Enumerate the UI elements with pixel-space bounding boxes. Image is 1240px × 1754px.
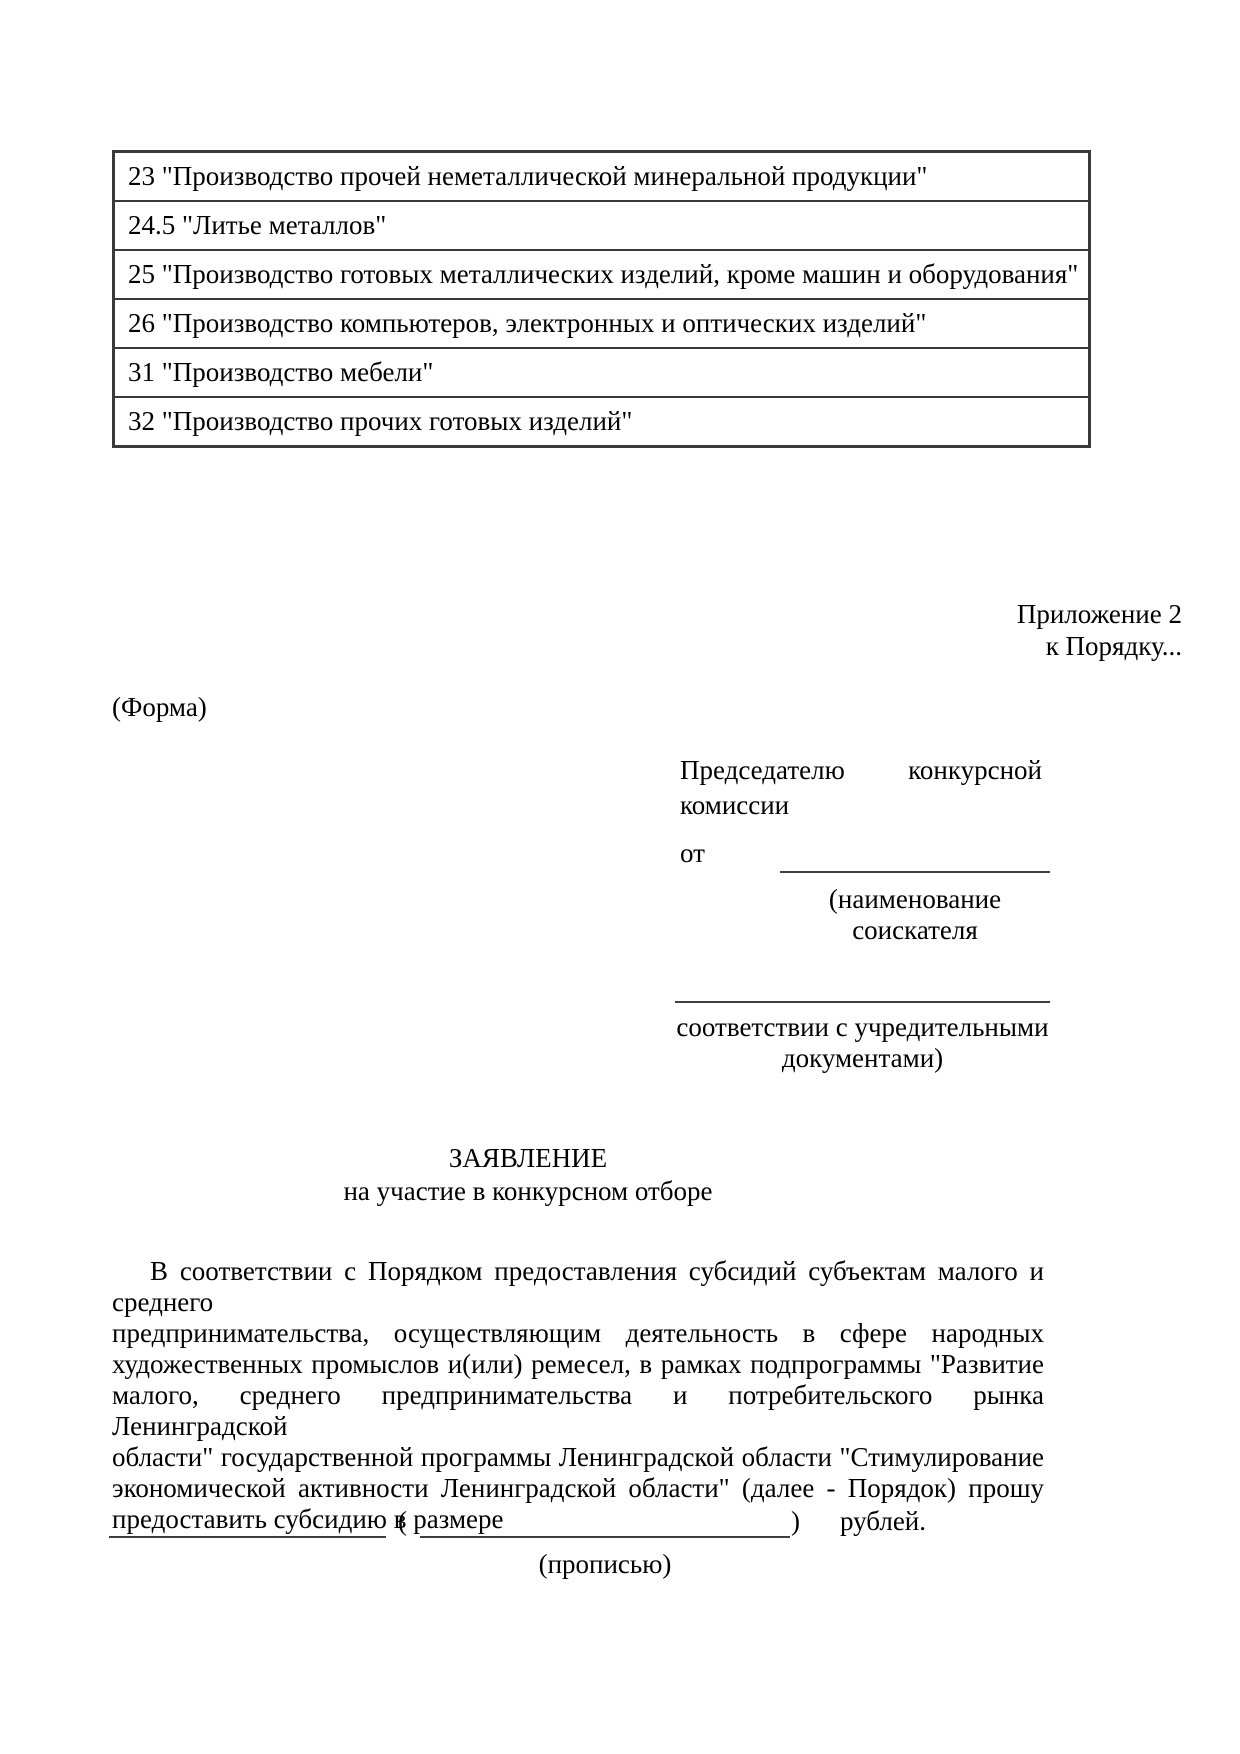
addressee-line1: Председателю конкурсной [680, 755, 1042, 786]
paragraph-line: малого, среднего предпринимательства и п… [112, 1380, 1044, 1442]
paragraph-line: области" государственной программы Ленин… [112, 1442, 1044, 1473]
open-paren: ( [398, 1506, 407, 1537]
amount-words-field[interactable] [420, 1536, 790, 1538]
table-cell-okved-25: 25 "Производство готовых металлических и… [114, 250, 1090, 299]
document-heading: ЗАЯВЛЕНИЕ на участие в конкурсном отборе [112, 1142, 944, 1208]
table-row: 31 "Производство мебели" [114, 348, 1090, 397]
okved-codes-table: 23 "Производство прочей неметаллической … [112, 150, 1091, 448]
applicant-name-caption: (наименование соискателя [780, 884, 1050, 946]
paragraph-line: экономической активности Ленинградской о… [112, 1473, 1044, 1504]
caption-docs-line2: документами) [675, 1043, 1050, 1074]
founding-docs-caption: соответствии с учредительными документам… [675, 1012, 1050, 1074]
table-cell-okved-24-5: 24.5 "Литье металлов" [114, 201, 1090, 250]
propis-caption: (прописью) [420, 1549, 790, 1580]
page-subtitle: на участие в конкурсном отборе [112, 1175, 944, 1208]
caption-name-line1: (наименование [780, 884, 1050, 915]
from-label: от [680, 838, 705, 869]
body-paragraph: В соответствии с Порядком предоставления… [112, 1256, 1044, 1535]
appendix-number: Приложение 2 [1017, 598, 1182, 630]
form-label: (Форма) [112, 692, 207, 723]
table-row: 24.5 "Литье металлов" [114, 201, 1090, 250]
table-cell-okved-32: 32 "Производство прочих готовых изделий" [114, 397, 1090, 447]
close-paren: ) [791, 1506, 800, 1537]
caption-docs-line1: соответствии с учредительными [675, 1012, 1050, 1043]
addressee-word-chairman: Председателю [680, 755, 845, 786]
table-cell-okved-31: 31 "Производство мебели" [114, 348, 1090, 397]
table-row: 25 "Производство готовых металлических и… [114, 250, 1090, 299]
table-cell-okved-26: 26 "Производство компьютеров, электронны… [114, 299, 1090, 348]
page-title: ЗАЯВЛЕНИЕ [112, 1142, 944, 1175]
applicant-name-field[interactable] [780, 871, 1050, 873]
rubles-label: рублей. [840, 1506, 926, 1537]
table-row: 23 "Производство прочей неметаллической … [114, 152, 1090, 202]
amount-digits-field[interactable] [109, 1536, 386, 1538]
table-row: 26 "Производство компьютеров, электронны… [114, 299, 1090, 348]
document-page: { "table": { "rows": [ { "text": "23 \"П… [0, 0, 1240, 1754]
paragraph-line: В соответствии с Порядком предоставления… [112, 1256, 1044, 1318]
caption-name-line2: соискателя [780, 915, 1050, 946]
addressee-word-competition: конкурсной [908, 755, 1042, 786]
addressee-line2: комиссии [680, 790, 789, 821]
paragraph-line: предпринимательства, осуществляющим деят… [112, 1318, 1044, 1349]
table-cell-okved-23: 23 "Производство прочей неметаллической … [114, 152, 1090, 202]
applicant-name-field-2[interactable] [675, 1001, 1050, 1003]
paragraph-line: художественных промыслов и(или) ремесел,… [112, 1349, 1044, 1380]
appendix-reference: Приложение 2 к Порядку... [1017, 598, 1182, 662]
table-row: 32 "Производство прочих готовых изделий" [114, 397, 1090, 447]
appendix-to-order: к Порядку... [1017, 630, 1182, 662]
